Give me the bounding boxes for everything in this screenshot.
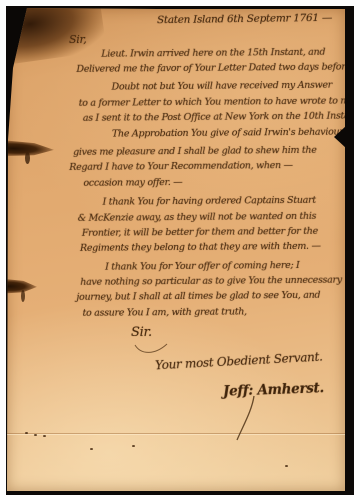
letter-line: occasion may offer. — xyxy=(83,177,182,189)
letter-line: as I sent it to the Post Office at New Y… xyxy=(83,110,345,123)
letter-line: Doubt not but You will have received my … xyxy=(112,80,333,93)
letter-closing-sir: Sir. xyxy=(131,325,152,340)
letter-line: The Approbation You give of said Irwin's… xyxy=(112,127,344,140)
letter-paper: Staten Island 6th Septemr 1761 — Sir, Li… xyxy=(7,8,345,491)
signature-flourish xyxy=(235,396,259,446)
flourish-underline xyxy=(133,341,173,357)
letter-line: Regard I have to Your Recommendation, wh… xyxy=(69,160,293,173)
letter-line: I thank You for Your offer of coming her… xyxy=(105,260,299,273)
letter-line: I thank You for having ordered Captains … xyxy=(103,195,316,208)
letter-line: Lieut. Irwin arrived here on the 15th In… xyxy=(101,47,325,60)
photo-frame: Staten Island 6th Septemr 1761 — Sir, Li… xyxy=(0,0,360,500)
letter-line: to assure You I am, with great truth, xyxy=(83,306,247,318)
letter-line: journey, but I shall at all times be gla… xyxy=(76,290,320,303)
letter-photograph: Staten Island 6th Septemr 1761 — Sir, Li… xyxy=(6,6,354,495)
letter-line: Delivered me the favor of Your Letter Da… xyxy=(76,61,345,74)
letter-line: & McKenzie away, as they will not be wan… xyxy=(78,211,317,224)
paper-tear-notch xyxy=(334,126,345,148)
letter-line: have nothing so particular as to give Yo… xyxy=(80,275,342,288)
letter-line: Frontier, it will be better for them and… xyxy=(82,226,318,239)
letter-line: Regiments they belong to that they are w… xyxy=(80,241,321,254)
letter-body: Lieut. Irwin arrived here on the 15th In… xyxy=(7,8,345,491)
letter-line: to a former Letter to which You mention … xyxy=(79,95,345,108)
letter-line: gives me pleasure and I shall be glad to… xyxy=(73,145,317,158)
